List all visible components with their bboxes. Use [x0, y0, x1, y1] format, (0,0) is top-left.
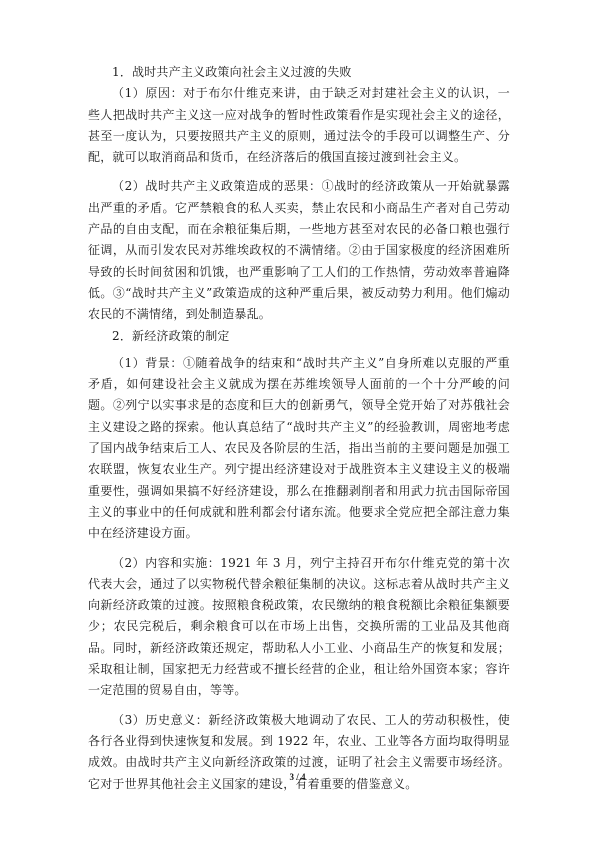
- document-page: 1．战时共产主义政策向社会主义过渡的失败 （1）原因：对于布尔什维克来讲，由于缺…: [88, 62, 510, 803]
- section-heading-1: 1．战时共产主义政策向社会主义过渡的失败: [88, 62, 510, 83]
- section-heading-2: 2．新经济政策的制定: [88, 326, 510, 347]
- paragraph-consequences: （2）战时共产主义政策造成的恶果：①战时的经济政策从一开始就暴露出严重的矛盾。它…: [88, 176, 510, 325]
- paragraph-significance: （3）历史意义：新经济政策极大地调动了农民、工人的劳动积极性，使各行各业得到快速…: [88, 710, 510, 795]
- paragraph-cause: （1）原因：对于布尔什维克来讲，由于缺乏对封建社会主义的认识，一些人把战时共产主…: [88, 83, 510, 168]
- paragraph-background: （1）背景：①随着战争的结束和“战时共产主义”自身所难以克服的严重矛盾，如何建设…: [88, 353, 510, 545]
- paragraph-content: （2）内容和实施：1921 年 3 月，列宁主持召开布尔什维克党的第十次代表大会…: [88, 553, 510, 702]
- page-number: 3 / 4: [0, 772, 595, 782]
